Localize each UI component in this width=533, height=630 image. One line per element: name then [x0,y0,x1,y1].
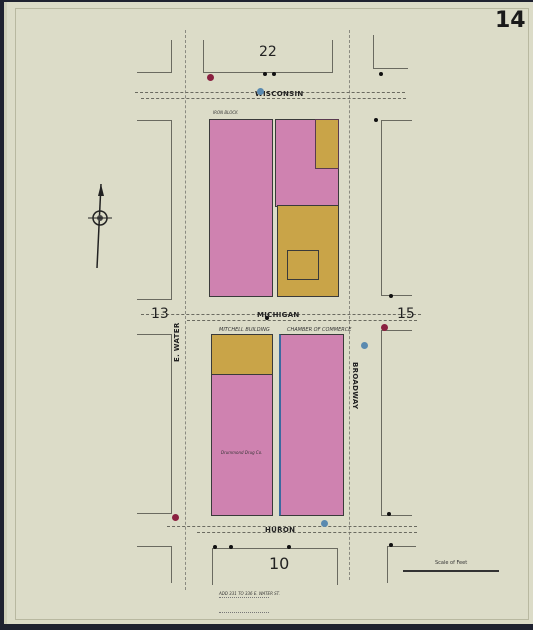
lower-west-block [211,374,273,516]
pipe-line-wisconsin-2 [141,98,406,99]
lamp-post-icon [213,545,217,549]
scale-bar [403,570,499,572]
pipe-line-michigan-2 [187,320,417,321]
alley-line-west [185,30,186,590]
hydrant-blue-icon [321,520,328,527]
lamp-post-icon [379,72,383,76]
label-iron-block: IRON BLOCK [213,110,238,115]
street-label-broadway: BROADWAY [351,362,359,409]
alley-line-east [349,30,350,580]
block-number-north: 22 [259,44,277,60]
lamp-post-icon [272,72,276,76]
hydrant-red-icon [172,514,179,521]
upper-ne-yellow-building [315,119,339,169]
hydrant-blue-icon [257,88,264,95]
hydrant-red-icon [207,74,214,81]
chamber-of-commerce-block [279,334,344,516]
curb-se [387,546,416,583]
hydrant-blue-icon [361,342,368,349]
label-drug-co: Drummond Drug Co. [221,450,262,455]
upper-courtyard [287,250,319,280]
label-mitchell-building: MITCHELL BUILDING [219,327,270,333]
label-chamber-of-commerce: CHAMBER OF COMMERCE [287,327,351,333]
lamp-post-icon [387,512,391,516]
map-sheet: 14 22 13 15 10 WISCONSIN MICHIGAN HURON … [4,2,533,624]
block-number-east: 15 [397,306,415,322]
lamp-post-icon [229,545,233,549]
curb-nw [137,40,172,73]
curb-w-lower [137,334,172,514]
page-number: 14 [495,8,526,33]
lamp-post-icon [287,545,291,549]
street-label-michigan: MICHIGAN [257,311,300,319]
street-label-huron: HURON [265,526,295,534]
lamp-post-icon [263,72,267,76]
mitchell-building [211,334,273,376]
pipe-line-huron-2 [197,532,417,533]
block-number-south: 10 [269,554,289,573]
curb-e-upper [381,120,412,296]
upper-west-block [209,119,273,297]
lamp-post-icon [374,118,378,122]
compass-rose-icon [85,182,115,272]
block-number-west: 13 [151,306,169,322]
street-label-e-water: E. WATER [173,322,181,362]
lamp-post-icon [389,294,393,298]
curb-sw [137,546,172,583]
curb-w-upper [137,120,172,300]
lamp-post-icon [389,543,393,547]
lamp-post-icon [265,316,269,320]
footnote-detail-lines [219,597,269,613]
hydrant-red-icon [381,324,388,331]
footnote: ADD 331 TO 336 E. WATER ST. [219,591,280,596]
curb-ne [373,35,408,69]
curb-e-lower [381,330,412,516]
scale-label: Scale of Feet [435,560,467,566]
